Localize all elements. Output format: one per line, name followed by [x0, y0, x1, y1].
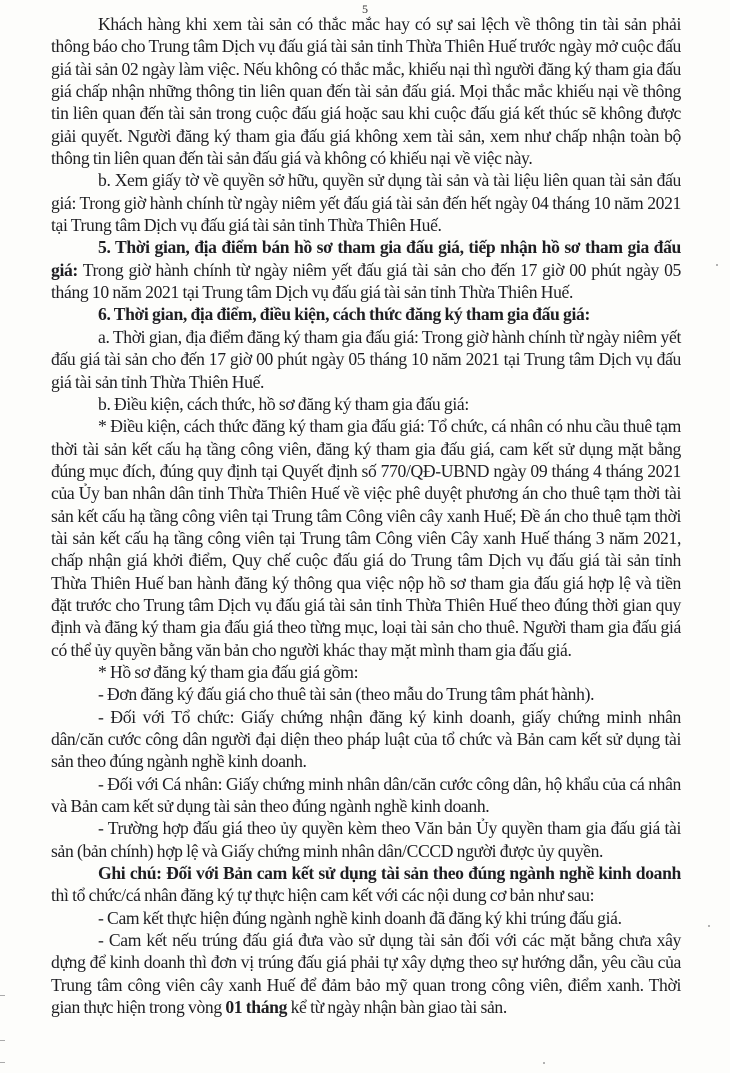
- scan-margin-mark: [0, 995, 5, 996]
- text-segment: b. Xem giấy tờ về quyền sở hữu, quyền sử…: [51, 170, 681, 235]
- paragraph-dossier-list-heading: * Hồ sơ đăng ký tham gia đấu giá gồm:: [51, 661, 681, 683]
- text-segment: kể từ ngày nhận bàn giao tài sản.: [287, 997, 507, 1017]
- paragraph-b-view-documents: b. Xem giấy tờ về quyền sở hữu, quyền sử…: [51, 169, 681, 236]
- list-item-organization: - Đối với Tổ chức: Giấy chứng nhận đăng …: [51, 706, 681, 773]
- list-item-commit-business-line: - Cam kết thực hiện đúng ngành nghề kinh…: [51, 907, 681, 929]
- scan-margin-mark: [0, 1040, 5, 1041]
- paragraph-registration-conditions: * Điều kiện, cách thức đăng ký tham gia …: [51, 415, 681, 661]
- scan-speck: [543, 1062, 545, 1064]
- paragraph-a-registration-time: a. Thời gian, địa điểm đăng ký tham gia …: [51, 326, 681, 393]
- note-heading: Ghi chú: Đối với Bản cam kết sử dụng tài…: [98, 863, 681, 883]
- section-6-heading: 6. Thời gian, địa điểm, điều kiện, cách …: [51, 303, 681, 325]
- scan-speck: [551, 688, 553, 690]
- scan-speck: [708, 925, 710, 927]
- document-body: Khách hàng khi xem tài sản có thắc mắc h…: [51, 13, 681, 1018]
- text-segment: thì tổ chức/cá nhân đăng ký tự thực hiện…: [51, 885, 594, 905]
- text-segment: - Cam kết thực hiện đúng ngành nghề kinh…: [98, 908, 622, 928]
- note-commitment: Ghi chú: Đối với Bản cam kết sử dụng tài…: [51, 862, 681, 907]
- text-segment: Khách hàng khi xem tài sản có thắc mắc h…: [51, 14, 681, 168]
- list-item-authorization: - Trường hợp đấu giá theo ủy quyền kèm t…: [51, 817, 681, 862]
- paragraph-b-conditions-heading: b. Điều kiện, cách thức, hồ sơ đăng ký t…: [51, 393, 681, 415]
- scan-speck: [716, 264, 718, 266]
- text-segment: a. Thời gian, địa điểm đăng ký tham gia …: [51, 327, 681, 392]
- list-item-individual: - Đối với Cá nhân: Giấy chứng minh nhân …: [51, 773, 681, 818]
- text-segment: b. Điều kiện, cách thức, hồ sơ đăng ký t…: [98, 394, 469, 414]
- text-segment: Trong giờ hành chính từ ngày niêm yết đấ…: [51, 260, 681, 302]
- paragraph-viewing-assets-notice: Khách hàng khi xem tài sản có thắc mắc h…: [51, 13, 681, 169]
- section-5-dossier-sale: 5. Thời gian, địa điểm bán hồ sơ tham gi…: [51, 236, 681, 303]
- text-segment: - Đối với Tổ chức: Giấy chứng nhận đăng …: [51, 707, 681, 772]
- text-segment: - Đối với Cá nhân: Giấy chứng minh nhân …: [51, 774, 681, 816]
- text-segment: - Trường hợp đấu giá theo ủy quyền kèm t…: [51, 818, 681, 860]
- text-segment: * Hồ sơ đăng ký tham gia đấu giá gồm:: [98, 662, 358, 682]
- list-item-commit-construction: - Cam kết nếu trúng đấu giá đưa vào sử d…: [51, 929, 681, 1018]
- text-segment: * Điều kiện, cách thức đăng ký tham gia …: [51, 416, 681, 659]
- list-item-application-form: - Đơn đăng ký đấu giá cho thuê tài sản (…: [51, 683, 681, 705]
- text-segment: - Đơn đăng ký đấu giá cho thuê tài sản (…: [98, 684, 594, 704]
- section-heading: 6. Thời gian, địa điểm, điều kiện, cách …: [98, 304, 590, 324]
- deadline-emphasis: 01 tháng: [225, 997, 287, 1017]
- scan-margin-mark: [0, 1062, 5, 1063]
